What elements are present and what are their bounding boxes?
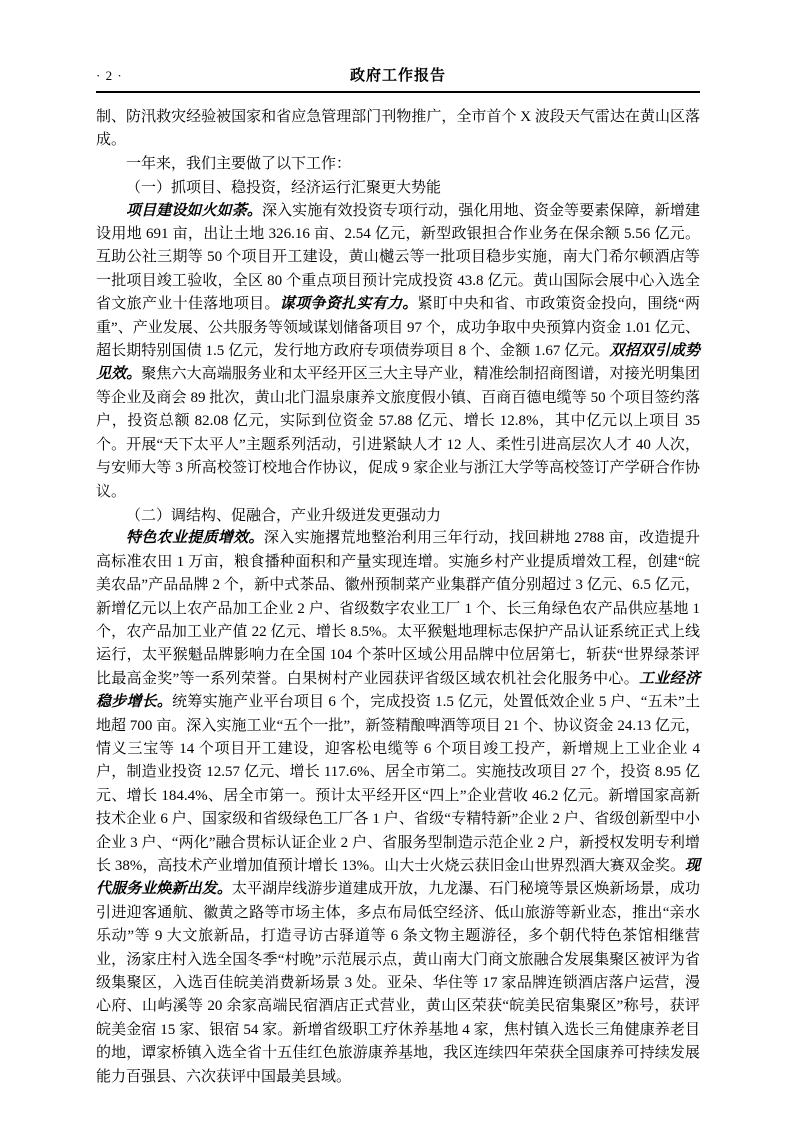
text-run: 深入实施撂荒地整治利用三年行动，找回耕地 2788 亩，改造提升高标准农田 1 … — [96, 530, 700, 686]
page-title: 政府工作报告 — [96, 68, 700, 84]
run-in-heading: 特色农业提质增效。 — [126, 530, 264, 546]
para-section-1: 项目建设如火如荼。深入实施有效投资专项行动，强化用地、资金等要素保障，新增建设用… — [96, 200, 700, 504]
heading-section-1: （一）抓项目、稳投资，经济运行汇聚更大势能 — [96, 176, 700, 199]
text-run: 一年来，我们主要做了以下工作： — [126, 156, 351, 172]
text-run: 制、防汛救灾经验被国家和省应急管理部门刊物推广，全市首个 X 波段天气雷达在黄山… — [96, 109, 700, 148]
page-number: · 2 · — [96, 68, 123, 84]
run-in-heading: 项目建设如火如荼。 — [126, 203, 262, 219]
text-run: 聚焦六大高端服务业和太平经开区三大主导产业，精准绘制招商图谱，对接光明集团等企业… — [96, 366, 700, 499]
text-run: （二）调结构、促融合，产业升级迸发更强动力 — [126, 507, 441, 524]
text-run: （一）抓项目、稳投资，经济运行汇聚更大势能 — [126, 179, 441, 196]
para-section-2: 特色农业提质增效。深入实施撂荒地整治利用三年行动，找回耕地 2788 亩，改造提… — [96, 527, 700, 1089]
text-run: 太平湖岸线游步道建成开放，九龙瀑、石门秘境等景区焕新场景，成功引进迎客通航、徽黄… — [96, 881, 700, 1084]
run-in-heading: 谋项争资扎实有力。 — [280, 296, 418, 312]
page-header: · 2 · 政府工作报告 — [96, 68, 700, 93]
document-page: · 2 · 政府工作报告 制、防汛救灾经验被国家和省应急管理部门刊物推广，全市首… — [0, 0, 793, 1122]
text-run: 统筹实施产业平台项目 6 个，完成投资 1.5 亿元，处置低效企业 5 户、“五… — [96, 694, 700, 874]
para-continuation: 制、防汛救灾经验被国家和省应急管理部门刊物推广，全市首个 X 波段天气雷达在黄山… — [96, 106, 700, 153]
heading-section-2: （二）调结构、促融合，产业升级迸发更强动力 — [96, 504, 700, 527]
document-content: 制、防汛救灾经验被国家和省应急管理部门刊物推广，全市首个 X 波段天气雷达在黄山… — [96, 106, 700, 1089]
para-intro: 一年来，我们主要做了以下工作： — [96, 153, 700, 176]
